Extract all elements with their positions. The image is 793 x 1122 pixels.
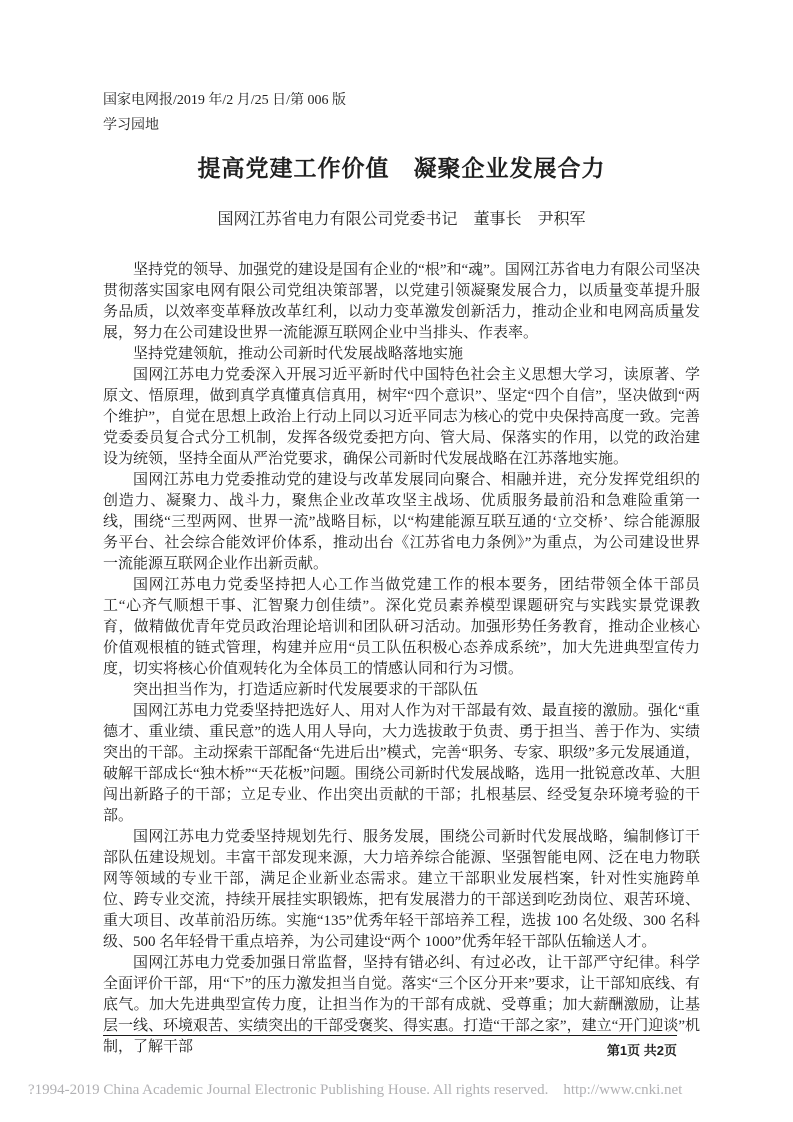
copyright-notice: ?1994-2019 China Academic Journal Electr…: [28, 1082, 682, 1099]
article-body: 坚持党的领导、加强党的建设是国有企业的“根”和“魂”。国网江苏省电力有限公司坚决…: [103, 260, 700, 1058]
paragraph: 坚持党的领导、加强党的建设是国有企业的“根”和“魂”。国网江苏省电力有限公司坚决…: [103, 260, 700, 344]
document-page: 国家电网报/2019 年/2 月/25 日/第 006 版 学习园地 提高党建工…: [0, 0, 793, 1122]
page-number-indicator: 第1页 共2页: [103, 1040, 677, 1059]
paragraph: 国网江苏电力党委坚持把选好人、用对人作为对干部最有效、最直接的激励。强化“重德才…: [103, 701, 700, 827]
section-subhead: 坚持党建领航，推动公司新时代发展战略落地实施: [103, 344, 700, 365]
document-header: 国家电网报/2019 年/2 月/25 日/第 006 版 学习园地: [103, 88, 700, 138]
section-subhead: 突出担当作为，打造适应新时代发展要求的干部队伍: [103, 680, 700, 701]
article-title: 提高党建工作价值 凝聚企业发展合力: [103, 150, 700, 183]
paragraph: 国网江苏电力党委推动党的建设与改革发展同向聚合、相融并进，充分发挥党组织的创造力…: [103, 470, 700, 575]
footer-divider: [103, 1035, 677, 1036]
paragraph: 国网江苏电力党委坚持把人心工作当做党建工作的根本要务，团结带领全体干部员工“心齐…: [103, 575, 700, 680]
section-name-line: 学习园地: [103, 113, 700, 138]
article-byline: 国网江苏省电力有限公司党委书记 董事长 尹积军: [103, 206, 700, 229]
source-edition-line: 国家电网报/2019 年/2 月/25 日/第 006 版: [103, 88, 700, 113]
paragraph: 国网江苏电力党委坚持规划先行、服务发展，围绕公司新时代发展战略，编制修订干部队伍…: [103, 827, 700, 953]
paragraph: 国网江苏电力党委深入开展习近平新时代中国特色社会主义思想大学习，读原著、学原文、…: [103, 365, 700, 470]
